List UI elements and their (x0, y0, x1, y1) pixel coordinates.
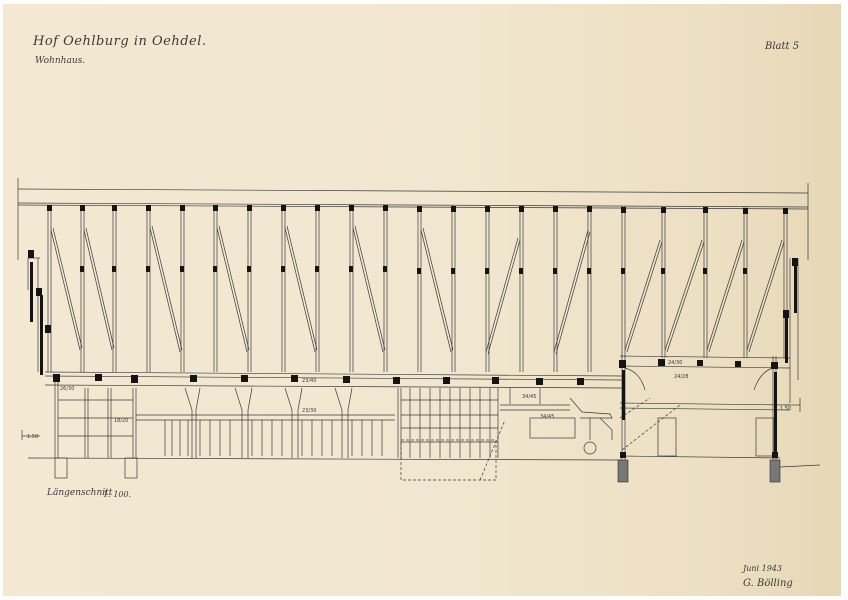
foundation-left-1 (55, 458, 67, 478)
label-post-left: 18/20 (114, 418, 128, 424)
right-wing-beam (620, 356, 790, 358)
label-beam-left: 26/30 (60, 386, 74, 392)
roof-posts (48, 206, 787, 372)
label-right-wing-beam: 24/30 (668, 360, 682, 366)
roof-braces (51, 226, 784, 354)
hanging-kettle (584, 442, 596, 454)
label-post-mid: 23/30 (302, 408, 316, 414)
label-right-wing-joist: 24/28 (674, 374, 688, 380)
stall-area (136, 388, 395, 458)
foundation-right-2 (770, 460, 780, 482)
label-beam-mid: 23/40 (302, 378, 316, 384)
label-left-ground-height: 1.50 (27, 434, 38, 440)
roof-ridge-line (18, 189, 808, 193)
foundation-left-2 (125, 458, 137, 478)
partition-grid (398, 388, 505, 480)
label-beam-right-floor: 34/45 (540, 414, 554, 420)
label-beam-right-room: 34/45 (522, 394, 536, 400)
hatched-foundations (618, 460, 780, 482)
longitudinal-section-drawing: 26/30 18/20 23/40 23/30 34/45 34/45 24/3… (0, 0, 848, 600)
label-right-ground-height: 1.50 (780, 406, 791, 412)
roof-eave-line (18, 203, 808, 207)
ground-line (28, 458, 622, 460)
foundation-right-1 (618, 460, 628, 482)
